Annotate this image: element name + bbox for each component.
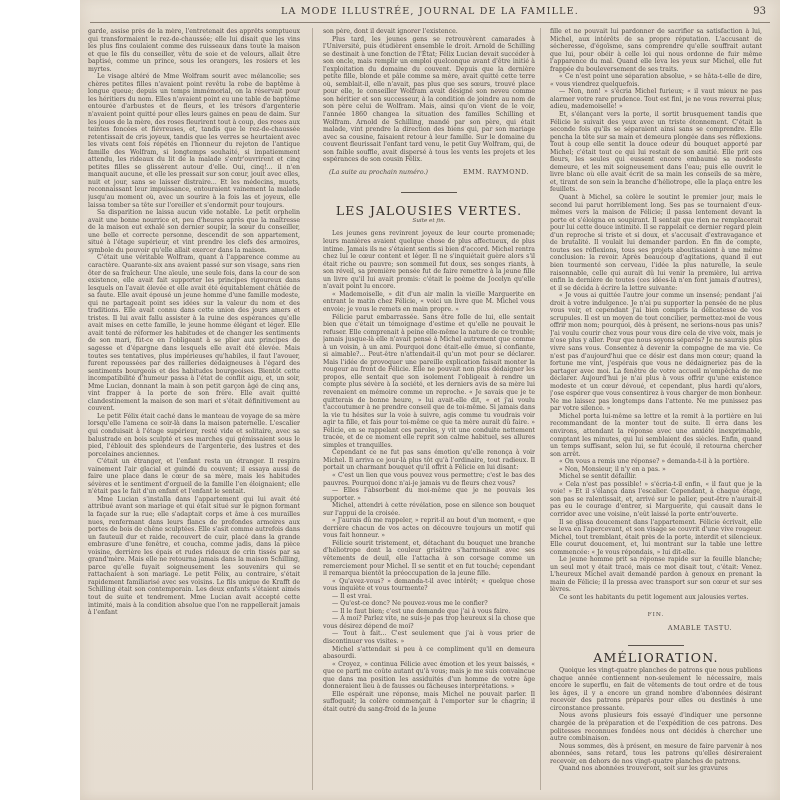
- paragraph: Nous sommes, dès à présent, en mesure de…: [550, 743, 762, 766]
- paragraph: son père, dont il devait ignorer l'exist…: [323, 28, 535, 36]
- paragraph: Quand nos abonnées trouveront, soit sur …: [550, 765, 762, 773]
- section-rule: [401, 192, 457, 193]
- column-divider: [540, 28, 541, 790]
- column-divider: [312, 28, 313, 790]
- paragraph: Le visage altéré de Mme Wolfram sourit a…: [88, 73, 300, 209]
- column-1: garde, assise près de la mère, l'entrete…: [88, 28, 300, 788]
- paragraph: Mme Lucian s'installa dans l'appartement…: [88, 496, 300, 617]
- newspaper-page: LA MODE ILLUSTRÉE, JOURNAL DE LA FAMILLE…: [80, 0, 780, 800]
- paragraph: C'était une véritable Wolfram, quant à l…: [88, 254, 300, 412]
- paragraph: Quant à Michel, sa colère le soutint le …: [550, 194, 762, 292]
- paragraph: Félicie parut embarrassée. Sans être fol…: [323, 314, 535, 450]
- page-number: 93: [753, 6, 766, 17]
- paragraph: « Ce n'est point une séparation absolue,…: [550, 73, 762, 88]
- paragraph: Michel se sentit défaillir.: [550, 473, 762, 481]
- paragraph: Les jeunes gens revinrent joyeux de leur…: [323, 230, 535, 290]
- paragraph: C'était un étranger, et l'enfant resta u…: [88, 458, 300, 496]
- continuation-note: (La suite au prochain numéro.): [329, 169, 428, 177]
- paragraph: Félicie sourit tristement, et, détachant…: [323, 540, 535, 578]
- paragraph: Sa disparition ne laissa aucun vide nota…: [88, 209, 300, 254]
- continuation-author: EMM. RAYMOND.: [463, 169, 529, 177]
- running-head-title: LA MODE ILLUSTRÉE, JOURNAL DE LA FAMILLE…: [80, 6, 780, 20]
- paragraph: Ce sont les habitants du petit logement …: [550, 594, 762, 602]
- paragraph: Nous avons plusieurs fois essayé d'indiq…: [550, 712, 762, 742]
- paragraph: « J'aurais dû me rappeler, » reprit-il a…: [323, 517, 535, 540]
- story-subtitle: Suite et fin.: [323, 218, 535, 226]
- paragraph: « Croyez, » continua Félicie avec émotio…: [323, 661, 535, 691]
- story-end-mark: FIN.: [550, 612, 762, 620]
- paragraph: Il se glissa doucement dans l'appartemen…: [550, 519, 762, 557]
- column-3: fille et ne pouvait lui pardonner de sac…: [550, 28, 762, 788]
- paragraph: Plus tard, les jeunes gens se retrouvère…: [323, 36, 535, 164]
- paragraph: « Mademoiselle, » dit d'un air malin la …: [323, 291, 535, 314]
- paragraph: garde, assise près de la mère, l'entrete…: [88, 28, 300, 73]
- paragraph: fille et ne pouvait lui pardonner de sac…: [550, 28, 762, 73]
- paragraph: « Non, Monsieur, il n'y en a pas. »: [550, 466, 762, 474]
- paragraph: « On vous a remis une réponse? » demanda…: [550, 458, 762, 466]
- paragraph: Et, s'élançant vers la porte, il sortit …: [550, 111, 762, 194]
- story-author: AMABLE TASTU.: [550, 625, 732, 633]
- article-title: AMÉLIORATION.: [550, 654, 762, 662]
- paragraph: « Cela n'est pas possible! » s'écria-t-i…: [550, 481, 762, 519]
- paragraph: « Qu'avez-vous? » demanda-t-il avec inté…: [323, 578, 535, 593]
- paragraph: Cependant ce ne fut pas sans émotion qu'…: [323, 449, 535, 472]
- story-title: LES JALOUSIES VERTES.: [323, 207, 535, 215]
- paragraph: — Il le faut bien; c'est une demande que…: [323, 608, 535, 616]
- column-2: son père, dont il devait ignorer l'exist…: [323, 28, 535, 788]
- paragraph: — Il est vrai.: [323, 593, 535, 601]
- paragraph: Michel, attendri à cette révélation, pos…: [323, 502, 535, 517]
- paragraph: — Tout à fait... C'est seulement que j'a…: [323, 630, 535, 645]
- paragraph: Quoique les vingt-quatre planches de pat…: [550, 667, 762, 712]
- paragraph: Michel s'attendait si peu à ce complimen…: [323, 646, 535, 661]
- continuation-line: (La suite au prochain numéro.) EMM. RAYM…: [323, 169, 535, 177]
- paragraph: Le jeune homme prit sa réponse rapide su…: [550, 556, 762, 594]
- paragraph: — À moi? Parlez vite, ne suis-je pas tro…: [323, 615, 535, 630]
- paragraph: « Je vous ai quittée l'autre jour comme …: [550, 292, 762, 413]
- paragraph: Le petit Félix était caché dans le mante…: [88, 413, 300, 458]
- paragraph: Elle espérait une réponse, mais Michel n…: [323, 691, 535, 714]
- paragraph: — Non, non! » s'écria Michel furieux; « …: [550, 88, 762, 111]
- paragraph: — Elles l'absorbent du moi-même que je n…: [323, 487, 535, 502]
- paragraph: Michel porta lui-même sa lettre et la re…: [550, 413, 762, 458]
- header-rule: [90, 22, 770, 23]
- section-rule: [628, 645, 684, 646]
- paragraph: — Qu'est-ce donc? Ne pouvez-vous me le c…: [323, 600, 535, 608]
- paragraph: « C'est un lien que vous pouvez vous per…: [323, 472, 535, 487]
